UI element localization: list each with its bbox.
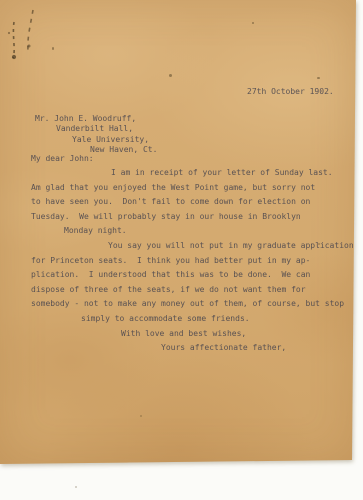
letter-paper: 27th October 1902. Mr. John E. Woodruff,… [0,0,356,464]
letter-line: dispose of three of the seats, if we do … [31,283,354,298]
letter-line: simply to accommodate some friends. [31,312,354,327]
letter-line: Am glad that you enjoyed the West Point … [31,181,354,196]
ink-blot [8,32,10,34]
letter-line: Tuesday. We will probably stay in our ho… [31,210,354,225]
paper-speck [169,74,172,77]
salutation: My dear John: [31,154,94,163]
letter-line: Monday night. [31,224,354,239]
address-line: Yale University, [35,135,157,145]
letter-line: to have seen you. Don't fail to come dow… [31,195,354,210]
ink-blot [28,45,31,48]
pen-scribble-marks [0,6,70,78]
paper-speck [252,22,254,24]
letter-line: With love and best wishes, [31,327,354,342]
paper-speck [52,47,54,50]
letter-line: You say you will not put in my graduate … [31,239,354,254]
letter-line: I am in receipt of your letter of Sunday… [31,166,354,181]
paper-speck [140,415,142,417]
paper-shadow-wrap: 27th October 1902. Mr. John E. Woodruff,… [0,0,356,464]
letter-line: somebody - not to make any money out of … [31,297,354,312]
ink-blot [12,55,16,59]
letter-line: for Princeton seats. I think you had bet… [31,254,354,269]
pen-stroke [28,10,33,50]
scanned-letter: 27th October 1902. Mr. John E. Woodruff,… [0,0,363,500]
letter-line: Yours affectionate father, [31,341,354,356]
address-line: Mr. John E. Woodruff, [35,114,157,124]
recipient-address-block: Mr. John E. Woodruff,Vanderbilt Hall,Yal… [35,114,157,155]
background-speck [75,486,77,488]
address-line: Vanderbilt Hall, [35,124,157,134]
letter-body: I am in receipt of your letter of Sunday… [31,166,354,356]
letter-date: 27th October 1902. [247,87,334,96]
paper-speck [317,77,320,79]
letter-line: plication. I understood that this was to… [31,268,354,283]
pen-stroke [13,22,14,58]
